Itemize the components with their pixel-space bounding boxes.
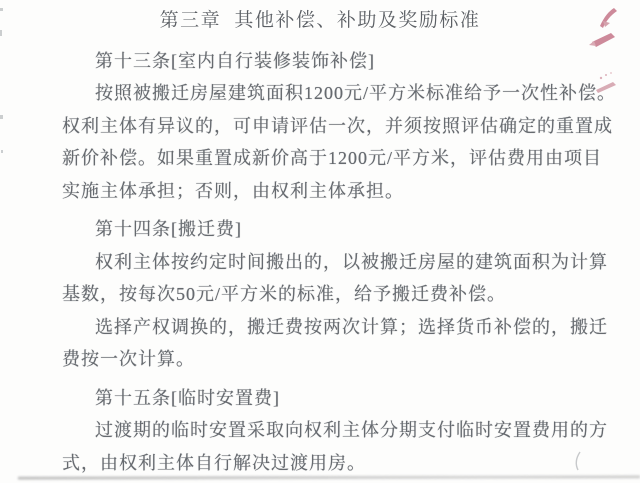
doc-line: 权利主体有异议的，可申请评估一次，并须按照评估确定的重置成 bbox=[62, 110, 640, 143]
doc-line: 实施主体承担；否则，由权利主体承担。 bbox=[62, 175, 640, 208]
doc-line: 过渡期的临时安置采取向权利主体分期支付临时安置费用的方 bbox=[95, 414, 640, 447]
chapter-title: 第三章 其他补偿、补助及奖励标准 bbox=[0, 5, 640, 38]
doc-line: 选择产权调换的，搬迁费按两次计算；选择货币补偿的，搬迁 bbox=[95, 311, 640, 344]
doc-line: 按照被搬迁房屋建筑面积1200元/平方米标准给予一次性补偿。 bbox=[95, 77, 640, 110]
doc-line: 基数，按每次50元/平方米的标准，给予搬迁费补偿。 bbox=[62, 278, 640, 311]
scanned-document-page: 第三章 其他补偿、补助及奖励标准 第十三条[室内自行装修装饰补偿] 按照被搬迁房… bbox=[0, 0, 640, 483]
doc-line: 费按一次计算。 bbox=[62, 343, 640, 376]
doc-line: 权利主体按约定时间搬出的，以被搬迁房屋的建筑面积为计算 bbox=[95, 246, 640, 279]
article-15-heading: 第十五条[临时安置费] bbox=[95, 382, 640, 415]
doc-line: 新价补偿。如果重置成新价高于1200元/平方米，评估费用由项目 bbox=[62, 142, 640, 175]
doc-line: 式，由权利主体自行解决过渡用房。 bbox=[62, 447, 640, 480]
article-14-heading: 第十四条[搬迁费] bbox=[95, 213, 640, 246]
article-13-heading: 第十三条[室内自行装修装饰补偿] bbox=[95, 45, 640, 78]
